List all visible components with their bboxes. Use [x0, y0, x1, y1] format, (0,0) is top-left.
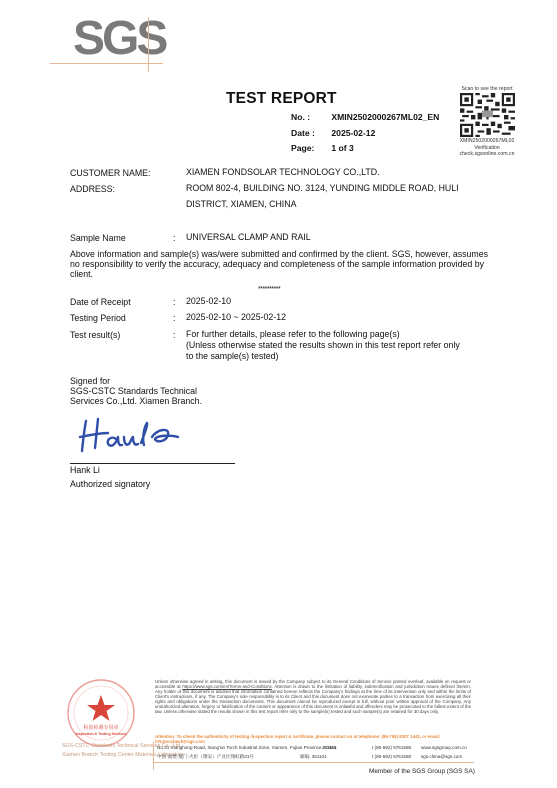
- testing-period-label: Testing Period: [70, 313, 126, 323]
- page-row: Page: 1 of 3: [291, 143, 354, 153]
- logo-underline: [50, 63, 163, 64]
- telephone-2: t (86-592) 5761588: [372, 754, 411, 759]
- date-of-receipt: 2025-02-10: [186, 296, 231, 307]
- qr-code-icon[interactable]: [460, 93, 515, 137]
- telephone-1: t (86-592) 5761588: [372, 745, 411, 750]
- svg-text:Inspection & Testing Services: Inspection & Testing Services: [76, 732, 127, 736]
- address-line-1: ROOM 802-4, BUILDING NO. 3124, YUNDING M…: [186, 183, 459, 194]
- sample-disclaimer: Above information and sample(s) was/were…: [70, 249, 490, 280]
- qr-code-text: XMIN2502000267ML02: [456, 138, 518, 144]
- report-date-label: Date :: [291, 128, 329, 138]
- address-label: ADDRESS:: [70, 184, 115, 194]
- signed-for-line-1: Signed for: [70, 376, 490, 386]
- customer-name-label: CUSTOMER NAME:: [70, 168, 150, 178]
- signed-for-line-2: SGS-CSTC Standards Technical: [70, 386, 490, 396]
- terms-fine-print: Unless otherwise agreed in writing, this…: [155, 679, 471, 714]
- svg-text:检验检测专用章: 检验检测专用章: [83, 724, 118, 731]
- date-of-receipt-label: Date of Receipt: [70, 297, 131, 307]
- test-results-label: Test result(s): [70, 330, 120, 340]
- signer-name: Hank Li: [70, 465, 490, 475]
- footer-horizontal-rule: [153, 762, 474, 763]
- address-line-2: DISTRICT, XIAMEN, CHINA: [186, 199, 296, 210]
- email-link[interactable]: sgs.china@sgs.com: [421, 754, 462, 759]
- report-date-row: Date : 2025-02-12: [291, 128, 375, 138]
- page-label: Page:: [291, 143, 329, 153]
- postcode-chinese: 邮编: 361101: [300, 754, 327, 760]
- date-of-receipt-colon: :: [173, 297, 175, 307]
- sgs-logo: SGS: [73, 17, 163, 67]
- footer-vertical-rule: [153, 742, 154, 770]
- signature-line: [70, 463, 235, 464]
- separator: **********: [258, 286, 280, 293]
- report-title: TEST REPORT: [226, 90, 337, 108]
- report-number-row: No. : XMIN2502000267ML02_EN: [291, 112, 439, 122]
- sample-name-label: Sample Name: [70, 233, 126, 243]
- testing-period-colon: :: [173, 313, 175, 323]
- qr-verification-site: check.sgsonline.com.cn: [456, 151, 518, 157]
- sample-name: UNIVERSAL CLAMP AND RAIL: [186, 232, 311, 243]
- sgs-member-note: Member of the SGS Group (SGS SA): [369, 768, 475, 775]
- handwritten-signature: [78, 415, 188, 455]
- address-english: No.31 Xianghong Road, Xiang'an Torch Ind…: [157, 745, 336, 750]
- fine-print-text-cont: . Attention is drawn to the limitation o…: [155, 684, 471, 714]
- signer-role: Authorized signatory: [70, 479, 490, 489]
- authenticity-attention: Attention: To check the authenticity of …: [155, 734, 471, 744]
- qr-caption: Scan to see the report: [457, 86, 517, 92]
- signed-for-line-3: Services Co.,Ltd. Xiamen Branch.: [70, 396, 490, 406]
- report-number-label: No. :: [291, 112, 329, 122]
- sample-name-colon: :: [173, 233, 175, 243]
- qr-verification: Verification check.sgsonline.com.cn: [456, 145, 518, 157]
- report-number: XMIN2502000267ML02_EN: [331, 112, 439, 122]
- test-results-line-2: (Unless otherwise stated the results sho…: [186, 340, 460, 351]
- test-results-line-3: to the sample(s) tested): [186, 351, 278, 362]
- testing-period: 2025-02-10 ~ 2025-02-12: [186, 312, 286, 323]
- test-results-line-1: For further details, please refer to the…: [186, 329, 400, 340]
- logo-text: SGS: [73, 11, 165, 66]
- report-date: 2025-02-12: [331, 128, 375, 138]
- test-results-colon: :: [173, 330, 175, 340]
- website-link[interactable]: www.sgsgroup.com.cn: [421, 745, 467, 750]
- postcode-english: 361101: [322, 745, 337, 750]
- logo-vertical-rule: [148, 17, 149, 72]
- address-chinese: 中国·福建·厦门·火炬（翔安）产业区翔虹路31号: [157, 754, 254, 760]
- page-number: 1 of 3: [331, 143, 353, 153]
- customer-name: XIAMEN FONDSOLAR TECHNOLOGY CO.,LTD.: [186, 167, 380, 178]
